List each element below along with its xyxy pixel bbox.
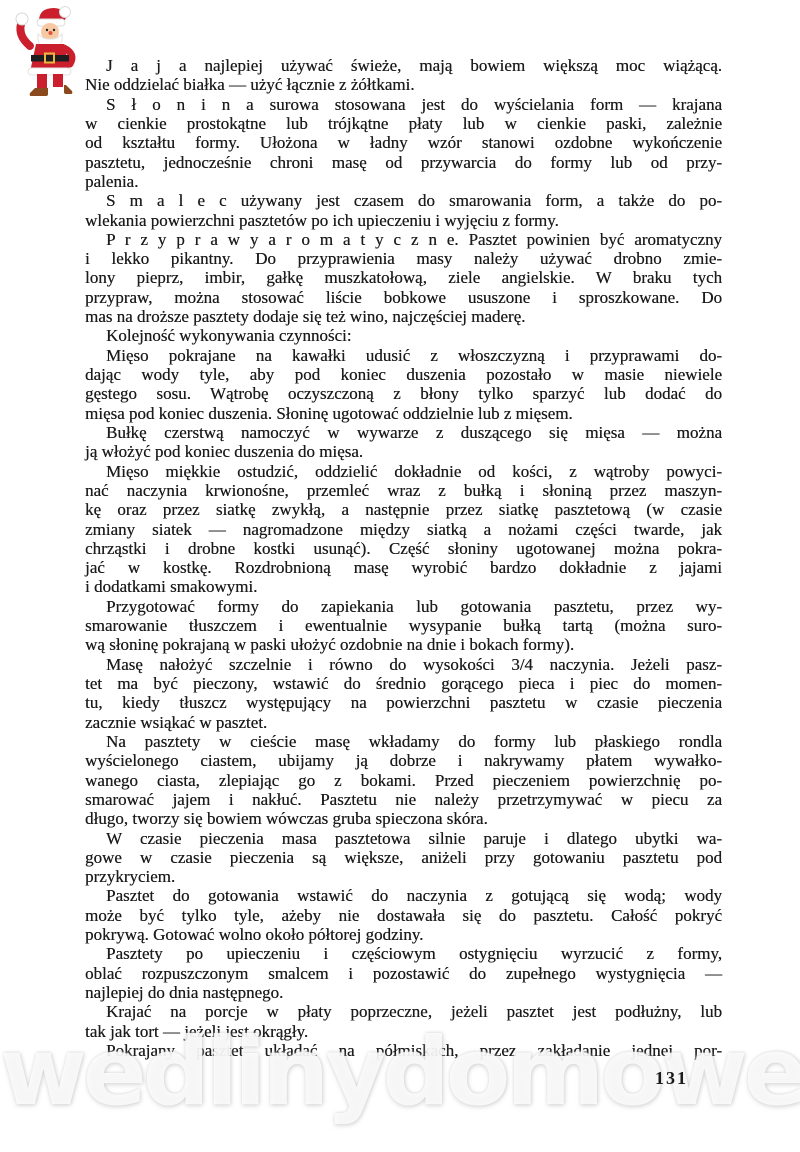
text-line: Pasztety po upieczeniu i częściowym osty… <box>85 944 722 963</box>
text-line: Bułkę czerstwą namoczyć w wywarze z dusz… <box>85 423 722 442</box>
text-line: długo, tworzy się bowiem wówczas gruba s… <box>85 809 722 828</box>
text-line: mas na droższe pasztety dodaje się też w… <box>85 307 722 326</box>
text-line: od kształtu formy. Ułożona w ładny wzór … <box>85 133 722 152</box>
paragraph: Pasztet do gotowania wstawić do naczynia… <box>85 886 722 944</box>
text-line: wanego ciasta, zlepiając go z bokami. Pr… <box>85 771 722 790</box>
text-line: może być tylko tyle, ażeby nie dostawała… <box>85 906 722 925</box>
text-line: Nie oddzielać białka — użyć łącznie z żó… <box>85 75 722 94</box>
paragraph: Przygotować formy do zapiekania lub goto… <box>85 597 722 655</box>
text-line: najlepiej do dnia następnego. <box>85 983 722 1002</box>
scanned-book-page: J a j a najlepiej używać świeże, mają bo… <box>0 0 800 1152</box>
text-line: ją włożyć pod koniec duszenia do mięsa. <box>85 442 722 461</box>
text-line: S m a l e c używany jest czasem do smaro… <box>85 191 722 210</box>
paragraph: S ł o n i n a surowa stosowana jest do w… <box>85 95 722 192</box>
paragraph: Mięso miękkie ostudzić, oddzielić dokład… <box>85 462 722 597</box>
text-line: Przygotować formy do zapiekania lub goto… <box>85 597 722 616</box>
text-line: tu, kiedy tłuszcz występujący na powierz… <box>85 693 722 712</box>
paragraph: Na pasztety w cieście masę wkładamy do f… <box>85 732 722 829</box>
text-line: chrząstki i drobne kostki usunąć). Część… <box>85 539 722 558</box>
text-line: Mięso pokrajane na kawałki udusić z włos… <box>85 346 722 365</box>
text-line: palenia. <box>85 172 722 191</box>
paragraph: Mięso pokrajane na kawałki udusić z włos… <box>85 346 722 423</box>
text-line: Kolejność wykonywania czynności: <box>85 326 722 345</box>
text-line: Na pasztety w cieście masę wkładamy do f… <box>85 732 722 751</box>
text-line: jać w kostkę. Rozdrobnioną masę wyrobić … <box>85 558 722 577</box>
text-line: gęstego sosu. Wątrobę oczyszczoną z błon… <box>85 384 722 403</box>
paragraph: Pokrajany pasztet układać na półmiskach,… <box>85 1041 722 1060</box>
text-line: dając wody tyle, aby pod koniec duszenia… <box>85 365 722 384</box>
text-line: W czasie pieczenia masa pasztetowa silni… <box>85 829 722 848</box>
text-line: Masę nałożyć szczelnie i równo do wysoko… <box>85 655 722 674</box>
text-line: lony pieprz, imbir, gałkę muszkatołową, … <box>85 268 722 287</box>
santa-claus-icon <box>10 4 82 100</box>
text-line: Pokrajany pasztet układać na półmiskach,… <box>85 1041 722 1060</box>
paragraph: Masę nałożyć szczelnie i równo do wysoko… <box>85 655 722 732</box>
paragraph: Bułkę czerstwą namoczyć w wywarze z dusz… <box>85 423 722 462</box>
paragraph: W czasie pieczenia masa pasztetowa silni… <box>85 829 722 887</box>
paragraph: Kolejność wykonywania czynności: <box>85 326 722 345</box>
text-line: smarować jajem i nakłuć. Pasztetu nie na… <box>85 790 722 809</box>
text-line: tak jak tort — jeżeli jest okrągły. <box>85 1022 722 1041</box>
text-line: nać naczynia krwionośne, przemleć wraz z… <box>85 481 722 500</box>
text-line: Krajać na porcje w płaty poprzeczne, jeż… <box>85 1002 722 1021</box>
santa-claus-illustration <box>10 4 82 100</box>
text-line: Pasztet do gotowania wstawić do naczynia… <box>85 886 722 905</box>
text-line: wlekania powierzchni pasztetów po ich up… <box>85 211 722 230</box>
paragraph: P r z y p r a w y a r o m a t y c z n e.… <box>85 230 722 327</box>
text-line: przykryciem. <box>85 867 722 886</box>
text-line: i lekko pikantny. Do przyprawienia masy … <box>85 249 722 268</box>
page-number: 131 <box>655 1068 688 1089</box>
text-line: tet ma być pieczony, wstawić do średnio … <box>85 674 722 693</box>
text-line: w cienkie prostokątne lub trójkątne płat… <box>85 114 722 133</box>
text-line: wą słoninę pokrajaną w paski ułożyć ozdo… <box>85 635 722 654</box>
text-line: przypraw, można stosować liście bobkowe … <box>85 288 722 307</box>
text-line: oblać rozpuszczonym smalcem i pozostawić… <box>85 964 722 983</box>
text-line: mięsa pod koniec duszenia. Słoninę ugoto… <box>85 404 722 423</box>
text-line: smarowanie tłuszczem i ewentualnie wysyp… <box>85 616 722 635</box>
paragraph: Pasztety po upieczeniu i częściowym osty… <box>85 944 722 1002</box>
page-text-block: J a j a najlepiej używać świeże, mają bo… <box>85 56 722 1060</box>
text-line: pasztetu, jednocześnie chroni masę od pr… <box>85 153 722 172</box>
text-line: P r z y p r a w y a r o m a t y c z n e.… <box>85 230 722 249</box>
text-line: zacznie wsiąkać w pasztet. <box>85 713 722 732</box>
paragraph: S m a l e c używany jest czasem do smaro… <box>85 191 722 230</box>
paragraph: Krajać na porcje w płaty poprzeczne, jeż… <box>85 1002 722 1041</box>
text-line: Mięso miękkie ostudzić, oddzielić dokład… <box>85 462 722 481</box>
text-line: pokrywą. Gotować wolno około półtorej go… <box>85 925 722 944</box>
text-line: J a j a najlepiej używać świeże, mają bo… <box>85 56 722 75</box>
text-line: wyścielonego ciastem, ubijamy ją dobrze … <box>85 751 722 770</box>
text-line: S ł o n i n a surowa stosowana jest do w… <box>85 95 722 114</box>
paragraph: J a j a najlepiej używać świeże, mają bo… <box>85 56 722 95</box>
text-line: i dodatkami smakowymi. <box>85 577 722 596</box>
text-line: gowe w czasie pieczenia są większe, aniż… <box>85 848 722 867</box>
text-line: kę oraz przez siatkę zwykłą, a następnie… <box>85 500 722 519</box>
text-line: zmiany siatek — nagromadzone między siat… <box>85 520 722 539</box>
